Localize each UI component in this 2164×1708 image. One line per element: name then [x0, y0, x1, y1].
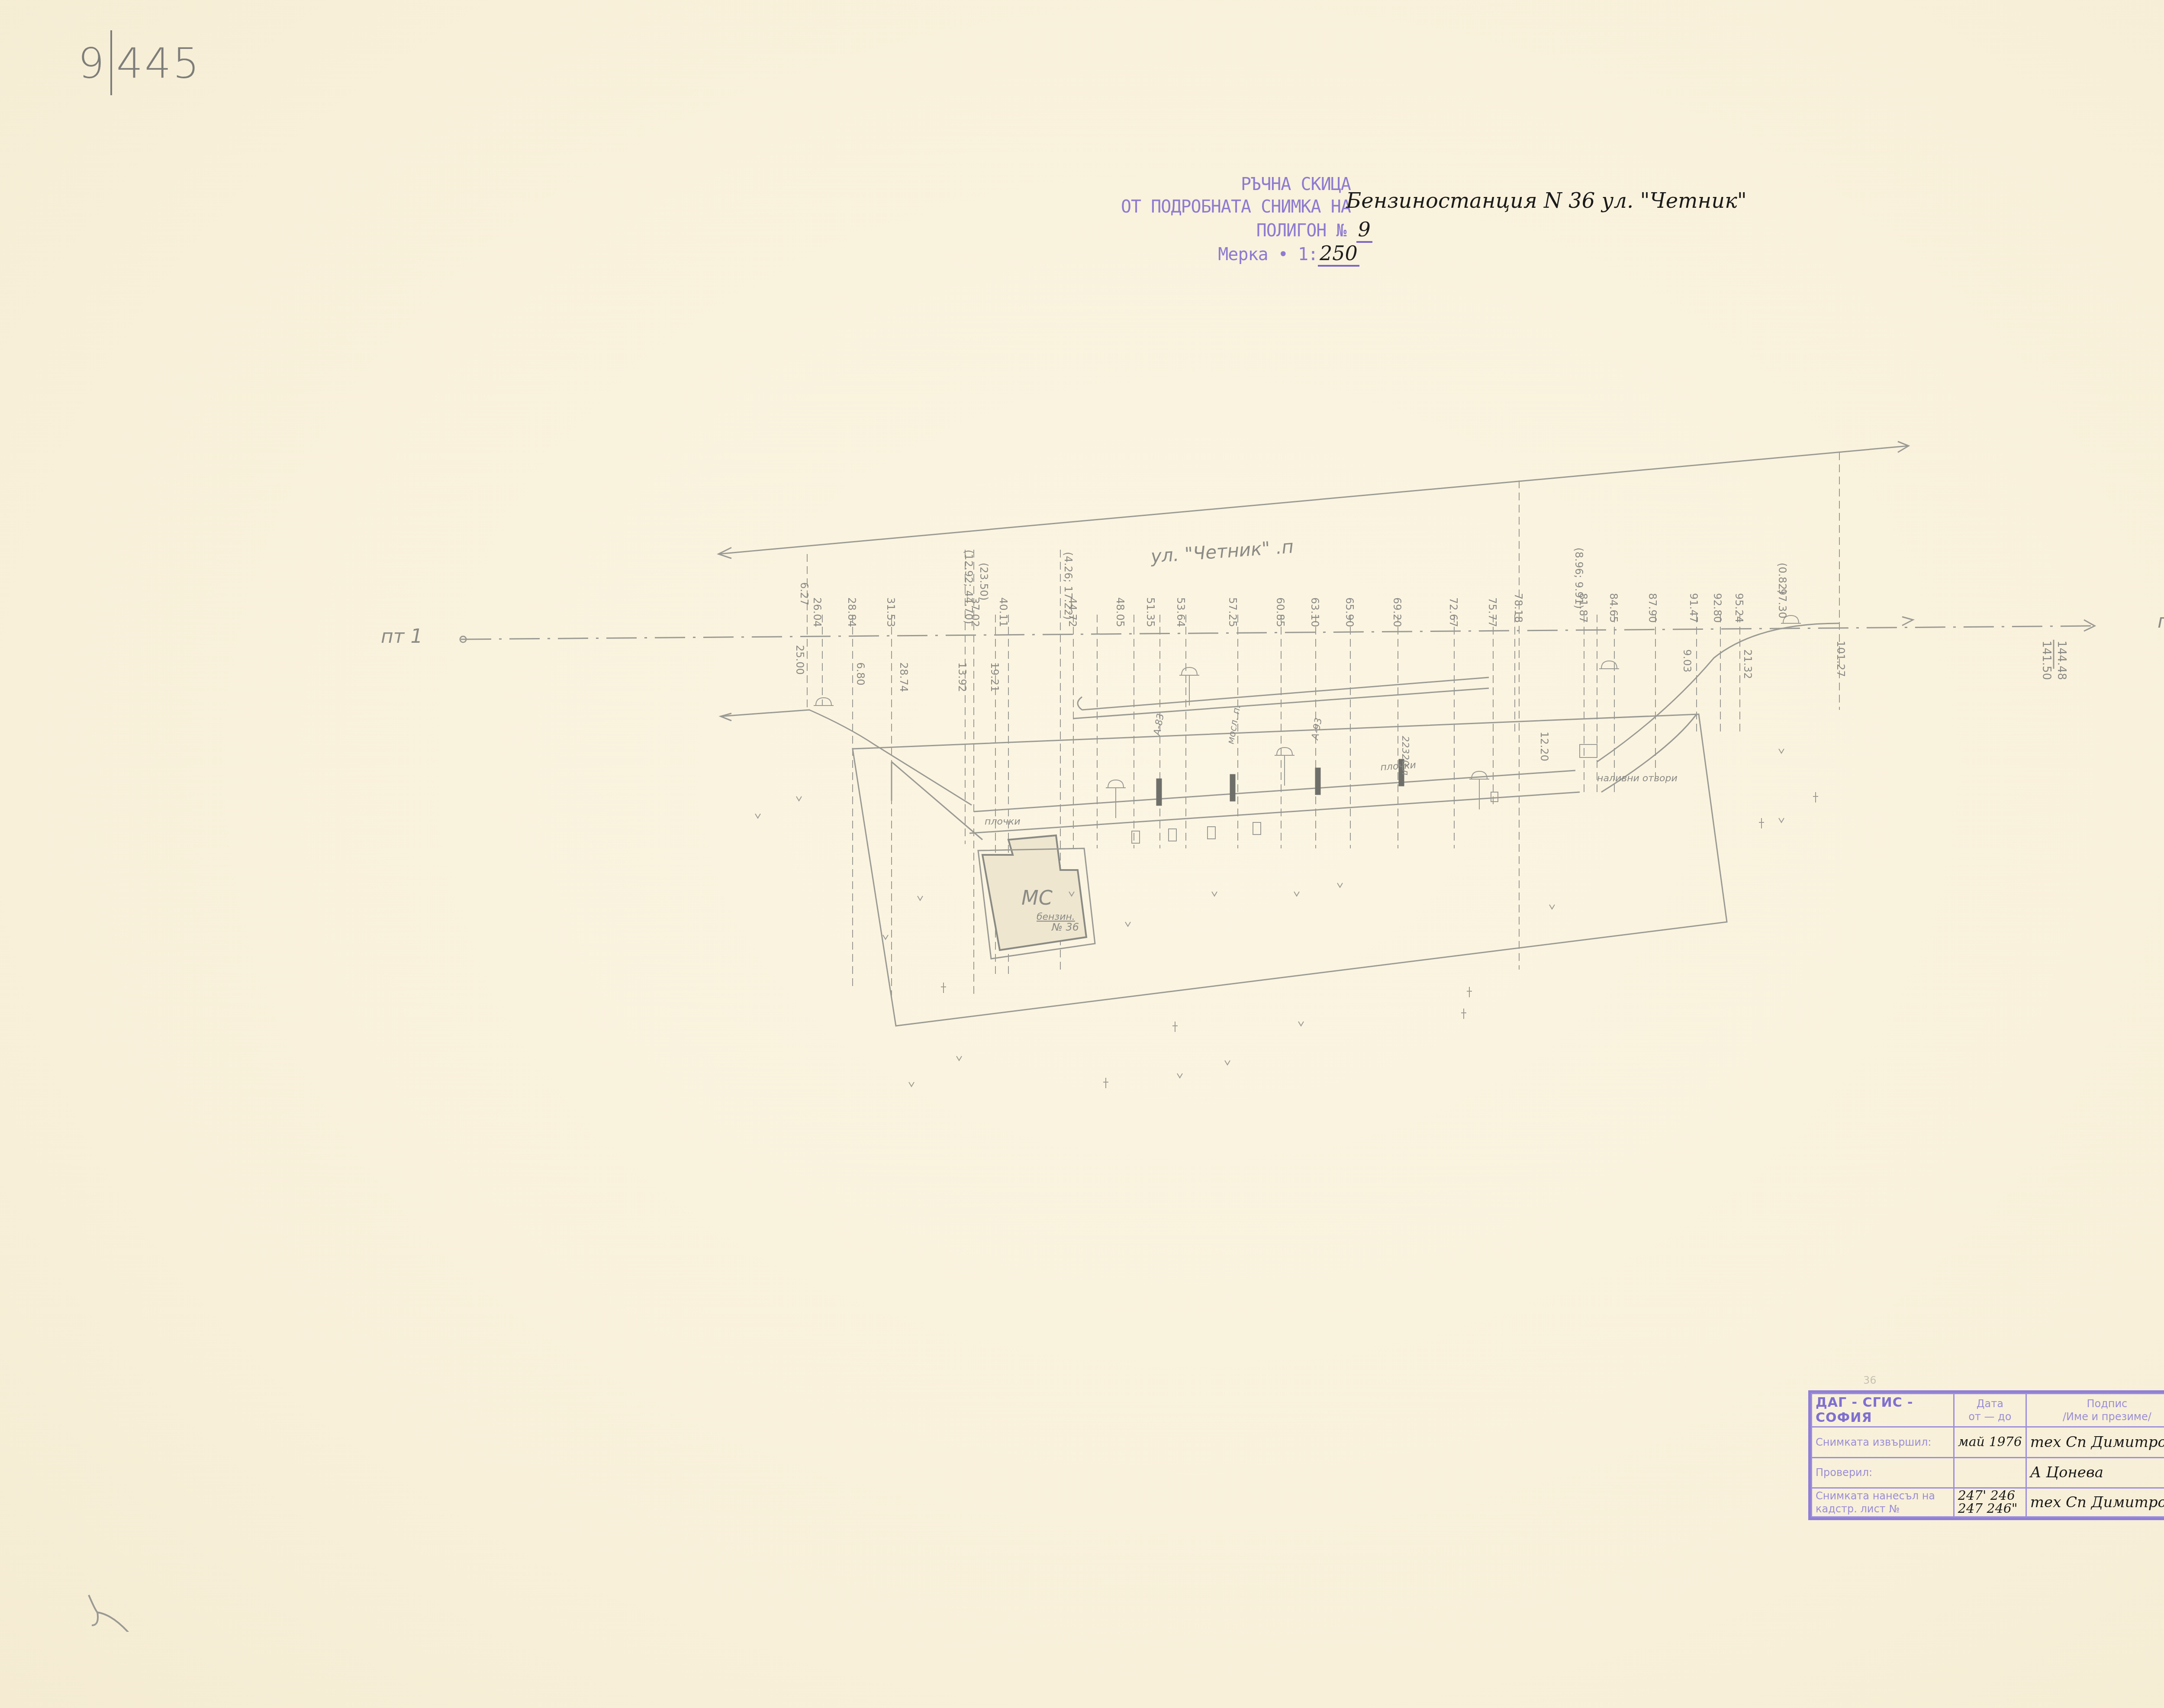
svg-text:А-93: А-93	[1310, 717, 1324, 741]
date-header-line1: Дата	[1958, 1397, 2022, 1410]
curb-arrow-icon	[721, 713, 731, 721]
offset-labels: 25.00 6.80 28.74 13.92 19.21 12.20 9.03 …	[794, 645, 1754, 761]
svg-text:28.74: 28.74	[898, 662, 910, 692]
pavement-label-left: плочки	[985, 816, 1021, 827]
svg-text:48.05: 48.05	[1114, 597, 1126, 627]
svg-text:21.32: 21.32	[1742, 649, 1754, 679]
svg-text:31.53: 31.53	[885, 597, 897, 627]
canopy-end	[1078, 697, 1082, 710]
svg-text:84.65: 84.65	[1607, 593, 1620, 623]
row-date: 247' 246 247 246"	[1954, 1488, 2026, 1517]
svg-text:6.80: 6.80	[854, 662, 866, 685]
svg-text:57.25: 57.25	[1227, 597, 1239, 627]
svg-text:А-83: А-83	[1152, 712, 1166, 737]
sheet-ref-2: 247 246"	[1958, 1502, 2022, 1515]
row-label: Проверил:	[1812, 1457, 1954, 1488]
svg-text:95.24: 95.24	[1733, 593, 1745, 623]
svg-text:(12.92; 44.70): (12.92; 44.70)	[963, 550, 975, 624]
row-signature: тех Сп Димитрова	[2026, 1427, 2164, 1458]
sheet-ref-1: 247' 246	[1958, 1489, 2022, 1502]
curb-left-upper	[721, 710, 972, 805]
svg-text:60.85: 60.85	[1274, 597, 1286, 627]
svg-text:(8.96; 9.91): (8.96; 9.91)	[1573, 548, 1585, 609]
svg-text:87.90: 87.90	[1646, 593, 1658, 623]
date-column-header: Дата от — до	[1954, 1394, 2026, 1427]
curb-right-upper	[1597, 623, 1839, 762]
svg-text:19.21: 19.21	[989, 662, 1001, 692]
svg-text:63.10: 63.10	[1309, 597, 1321, 627]
svg-text:40.11: 40.11	[997, 597, 1009, 627]
svg-text:мосл. п.: мосл. п.	[1225, 704, 1243, 745]
pump-islands	[1157, 760, 1404, 805]
row-signature: А Цонева	[2026, 1457, 2164, 1488]
svg-text:28.84: 28.84	[846, 597, 858, 627]
vegetation-marks	[755, 749, 1818, 1088]
pavement-label-right: плочки	[1380, 760, 1417, 773]
inlet-label: наливни отвори	[1597, 773, 1678, 784]
svg-text:65.90: 65.90	[1343, 597, 1356, 627]
row-label: Снимката нанесъл на кадстр. лист №	[1812, 1488, 1954, 1517]
curb-right-arrow-icon	[1902, 617, 1913, 625]
svg-text:13.92: 13.92	[956, 662, 968, 692]
svg-text:25.00: 25.00	[794, 645, 806, 675]
row-date	[1954, 1457, 2026, 1488]
curb-left-lower	[892, 762, 982, 840]
pavement-line-1	[974, 770, 1575, 812]
signoff-row-surveyed: Снимката извършил: май 1976 тех Сп Димит…	[1812, 1427, 2164, 1458]
svg-text:101.27: 101.27	[1835, 641, 1847, 677]
survey-point-markers	[814, 616, 1801, 818]
svg-text:78.18: 78.18	[1512, 593, 1524, 623]
sheet-mark: 36	[1863, 1374, 1877, 1386]
signature-column-header: Подпис /Име и презиме/	[2026, 1394, 2164, 1427]
signature-header-line2: /Име и презиме/	[2030, 1410, 2164, 1423]
row-signature: тех Сп Димитрова	[2026, 1488, 2164, 1517]
station-start-label: пт 1	[381, 625, 422, 648]
svg-text:(0.82): (0.82)	[1776, 563, 1788, 594]
street-label: ул. "Четник" .п	[1149, 536, 1294, 567]
svg-text:6.27: 6.27	[798, 582, 810, 605]
pencil-mark-icon	[87, 1593, 138, 1632]
svg-text:91.47: 91.47	[1687, 593, 1700, 623]
svg-text:(4.26; 17.22): (4.26; 17.22)	[1062, 552, 1074, 620]
signature-header-line1: Подпис	[2030, 1397, 2164, 1410]
signoff-row-plotted: Снимката нанесъл на кадстр. лист № 247' …	[1812, 1488, 2164, 1517]
organization: ДАГ - СГИС - СОФИЯ	[1812, 1394, 1954, 1427]
date-header-line2: от — до	[1958, 1410, 2022, 1423]
pavement-line-2	[969, 792, 1580, 833]
svg-text:69.20: 69.20	[1391, 597, 1403, 627]
signoff-row-checked: Проверил: А Цонева	[1812, 1457, 2164, 1488]
svg-text:72.67: 72.67	[1447, 597, 1459, 627]
svg-text:9.03: 9.03	[1681, 649, 1693, 672]
svg-text:144.48: 144.48	[2055, 641, 2068, 680]
baseline-dashdot	[461, 626, 2095, 639]
svg-text:12.20: 12.20	[1538, 732, 1550, 761]
canopy-line-2	[1082, 677, 1489, 710]
svg-text:26.04: 26.04	[811, 597, 823, 627]
svg-text:75.77: 75.77	[1486, 597, 1498, 627]
station-end-label: пт 2	[2158, 610, 2164, 632]
svg-text:22320 л: 22320 л	[1400, 736, 1410, 775]
building-number: № 36	[1051, 921, 1079, 933]
street-edge-line	[718, 446, 1909, 554]
svg-text:51.35: 51.35	[1144, 597, 1156, 627]
signoff-stamp: ДАГ - СГИС - СОФИЯ Дата от — до Подпис /…	[1808, 1390, 2164, 1520]
plot-boundary	[853, 714, 1727, 1026]
tank-inlets	[1132, 744, 1597, 843]
svg-text:141.50: 141.50	[2040, 641, 2053, 680]
row-label: Снимката извършил:	[1812, 1427, 1954, 1458]
row-date: май 1976	[1954, 1427, 2026, 1458]
building-label: МС	[1021, 886, 1053, 909]
svg-text:92.80: 92.80	[1711, 593, 1723, 623]
svg-text:53.64: 53.64	[1175, 597, 1187, 627]
svg-text:(23.50): (23.50)	[978, 563, 990, 600]
